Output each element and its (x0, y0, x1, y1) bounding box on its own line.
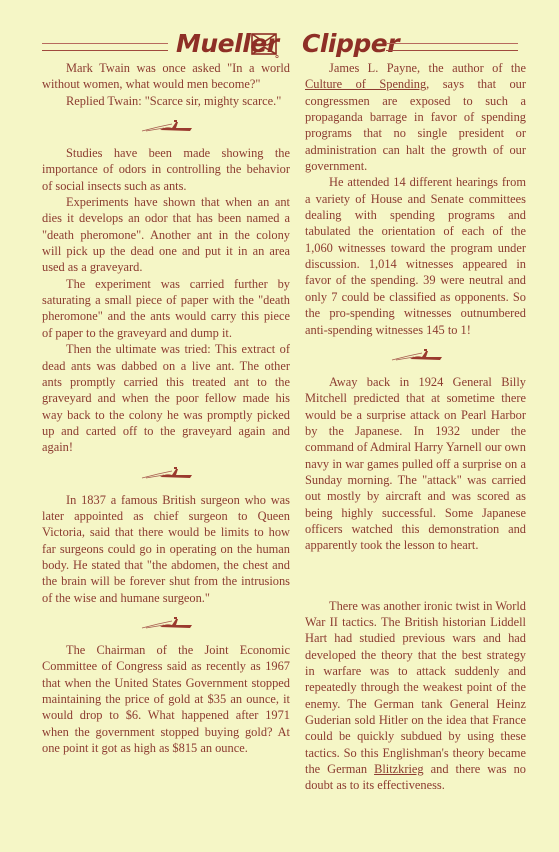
article-paragraph: Experiments have shown that when an ant … (42, 194, 290, 276)
masthead-rule-right (386, 43, 518, 51)
blitzkrieg-term: Blitzkrieg (374, 762, 424, 776)
clipper-ship-ornament-icon (388, 348, 444, 362)
left-column: Mark Twain was once asked "In a world wi… (42, 60, 290, 756)
article-paragraph: The Chairman of the Joint Economic Commi… (42, 642, 290, 756)
clipper-ship-ornament-icon (138, 616, 194, 630)
clipper-ship-ornament-icon (138, 119, 194, 133)
article-paragraph: Away back in 1924 General Billy Mitchell… (305, 374, 526, 554)
article-surgeon: In 1837 a famous British surgeon who was… (42, 492, 290, 606)
article-payne: James L. Payne, the author of the Cultur… (305, 60, 526, 338)
book-title: Culture of Spending (305, 77, 426, 91)
clipper-ship-ornament-icon (138, 466, 194, 480)
article-paragraph: Studies have been made showing the impor… (42, 145, 290, 194)
article-ants: Studies have been made showing the impor… (42, 145, 290, 456)
article-paragraph: James L. Payne, the author of the Cultur… (305, 60, 526, 174)
masthead-rule-left (42, 43, 168, 51)
spacer (305, 554, 526, 576)
article-paragraph: There was another ironic twist in World … (305, 598, 526, 794)
article-paragraph: In 1837 a famous British surgeon who was… (42, 492, 290, 606)
article-paragraph: Then the ultimate was tried: This extrac… (42, 341, 290, 455)
article-pearl-harbor: Away back in 1924 General Billy Mitchell… (305, 374, 526, 554)
article-paragraph: Replied Twain: "Scarce sir, mighty scarc… (42, 93, 290, 109)
article-twain: Mark Twain was once asked "In a world wi… (42, 60, 290, 109)
article-paragraph: The experiment was carried further by sa… (42, 276, 290, 341)
article-blitzkrieg: There was another ironic twist in World … (305, 598, 526, 794)
masthead: Mueller Clipper (0, 26, 559, 62)
mueller-m-logo-icon (250, 32, 280, 58)
article-paragraph: Mark Twain was once asked "In a world wi… (42, 60, 290, 93)
article-gold: The Chairman of the Joint Economic Commi… (42, 642, 290, 756)
masthead-title-clipper: Clipper (302, 26, 399, 62)
article-paragraph: He attended 14 different hearings from a… (305, 174, 526, 337)
spacer (305, 576, 526, 598)
right-column: James L. Payne, the author of the Cultur… (305, 60, 526, 794)
